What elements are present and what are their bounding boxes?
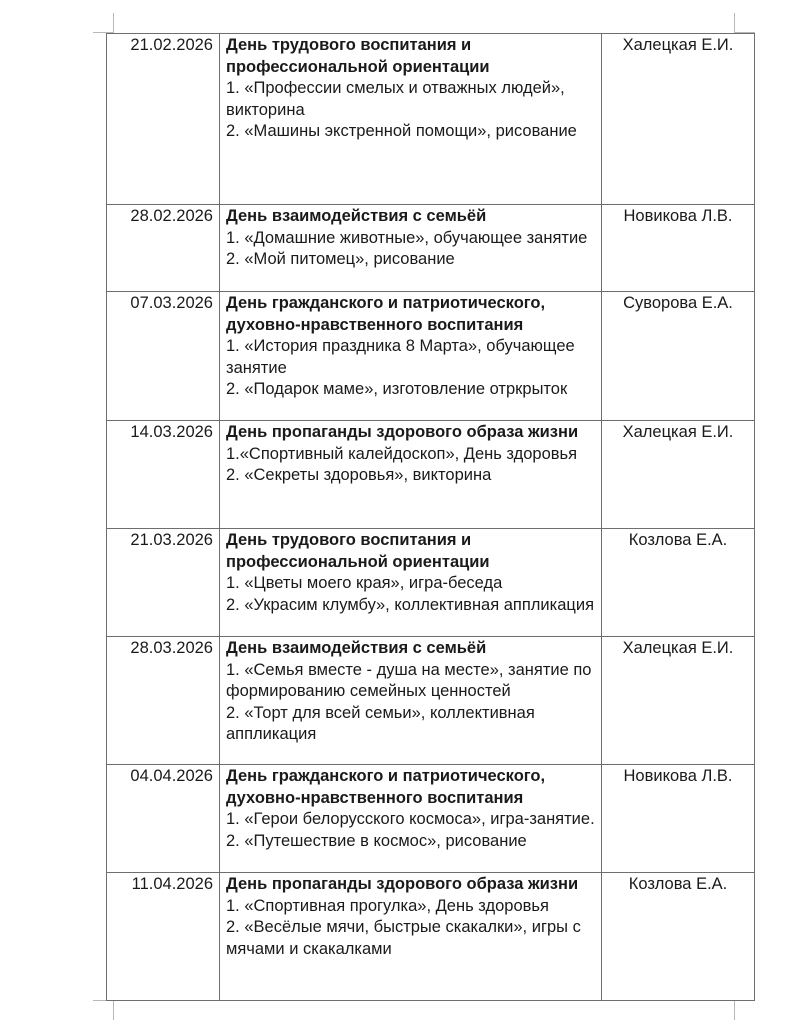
day-theme-title: День взаимодействия с семьёй	[226, 206, 601, 228]
activity-item: 2. «Мой питомец», рисование	[226, 249, 601, 271]
activity-list: 1.«Спортивный калейдоскоп», День здоровь…	[226, 444, 601, 487]
date-cell: 14.03.2026	[107, 421, 220, 529]
crop-mark-bottom-right-v	[734, 1000, 735, 1020]
content-cell: День пропаганды здорового образа жизни 1…	[220, 421, 602, 529]
activity-list: 1. «Герои белорусского космоса», игра-за…	[226, 809, 601, 852]
activity-item: 1. «Герои белорусского космоса», игра-за…	[226, 809, 601, 831]
day-theme-title: День гражданского и патриотического, дух…	[226, 766, 601, 809]
activity-item: 2. «Подарок маме», изготовление отркрыто…	[226, 379, 601, 401]
crop-mark-bottom-left-v	[113, 1000, 114, 1020]
day-theme-title: День гражданского и патриотического, дух…	[226, 293, 601, 336]
date-cell: 21.02.2026	[107, 34, 220, 205]
responsible-cell: Козлова Е.А.	[602, 529, 755, 637]
content-cell: День пропаганды здорового образа жизни 1…	[220, 873, 602, 1001]
responsible-cell: Халецкая Е.И.	[602, 421, 755, 529]
activity-item: 1. «История праздника 8 Марта», обучающе…	[226, 336, 601, 379]
table-row: 07.03.2026 День гражданского и патриотич…	[107, 292, 755, 421]
activity-list: 1. «Семья вместе - душа на месте», занят…	[226, 660, 601, 746]
responsible-cell: Суворова Е.А.	[602, 292, 755, 421]
table-row: 14.03.2026 День пропаганды здорового обр…	[107, 421, 755, 529]
date-cell: 28.02.2026	[107, 205, 220, 292]
activity-list: 1. «Спортивная прогулка», День здоровья2…	[226, 896, 601, 961]
content-cell: День взаимодействия с семьёй 1. «Домашни…	[220, 205, 602, 292]
activity-item: 2. «Машины экстренной помощи», рисование	[226, 121, 601, 143]
date-cell: 04.04.2026	[107, 765, 220, 873]
activity-list: 1. «История праздника 8 Марта», обучающе…	[226, 336, 601, 401]
content-cell: День трудового воспитания и профессионал…	[220, 529, 602, 637]
table-row: 11.04.2026 День пропаганды здорового обр…	[107, 873, 755, 1001]
activity-item: 1.«Спортивный калейдоскоп», День здоровь…	[226, 444, 601, 466]
activity-item: 2. «Торт для всей семьи», коллективная а…	[226, 703, 601, 746]
crop-mark-top-right-v	[734, 13, 735, 33]
content-cell: День гражданского и патриотического, дух…	[220, 765, 602, 873]
day-theme-title: День трудового воспитания и профессионал…	[226, 530, 601, 573]
table-row: 21.02.2026 День трудового воспитания и п…	[107, 34, 755, 205]
activity-list: 1. «Профессии смелых и отважных людей», …	[226, 78, 601, 143]
activity-item: 2. «Секреты здоровья», викторина	[226, 465, 601, 487]
activity-item: 1. «Спортивная прогулка», День здоровья	[226, 896, 601, 918]
activity-item: 1. «Профессии смелых и отважных людей», …	[226, 78, 601, 121]
table-row: 21.03.2026 День трудового воспитания и п…	[107, 529, 755, 637]
content-cell: День гражданского и патриотического, дух…	[220, 292, 602, 421]
table-row: 28.02.2026 День взаимодействия с семьёй …	[107, 205, 755, 292]
activity-item: 2. «Украсим клумбу», коллективная апплик…	[226, 595, 601, 617]
day-theme-title: День пропаганды здорового образа жизни	[226, 874, 601, 896]
responsible-cell: Козлова Е.А.	[602, 873, 755, 1001]
date-cell: 21.03.2026	[107, 529, 220, 637]
table-row: 28.03.2026 День взаимодействия с семьёй …	[107, 637, 755, 765]
responsible-cell: Новикова Л.В.	[602, 205, 755, 292]
activity-list: 1. «Цветы моего края», игра-беседа2. «Ук…	[226, 573, 601, 616]
schedule-table-body: 21.02.2026 День трудового воспитания и п…	[107, 34, 755, 1001]
activity-item: 1. «Домашние животные», обучающее заняти…	[226, 228, 601, 250]
day-theme-title: День пропаганды здорового образа жизни	[226, 422, 601, 444]
content-cell: День взаимодействия с семьёй 1. «Семья в…	[220, 637, 602, 765]
day-theme-title: День взаимодействия с семьёй	[226, 638, 601, 660]
table-row: 04.04.2026 День гражданского и патриотич…	[107, 765, 755, 873]
content-cell: День трудового воспитания и профессионал…	[220, 34, 602, 205]
responsible-cell: Халецкая Е.И.	[602, 34, 755, 205]
activity-item: 2. «Весёлые мячи, быстрые скакалки», игр…	[226, 917, 601, 960]
activity-list: 1. «Домашние животные», обучающее заняти…	[226, 228, 601, 271]
date-cell: 07.03.2026	[107, 292, 220, 421]
day-theme-title: День трудового воспитания и профессионал…	[226, 35, 601, 78]
date-cell: 11.04.2026	[107, 873, 220, 1001]
activity-item: 1. «Семья вместе - душа на месте», занят…	[226, 660, 601, 703]
activity-item: 2. «Путешествие в космос», рисование	[226, 831, 601, 853]
activity-item: 1. «Цветы моего края», игра-беседа	[226, 573, 601, 595]
date-cell: 28.03.2026	[107, 637, 220, 765]
schedule-table: 21.02.2026 День трудового воспитания и п…	[106, 33, 755, 1001]
crop-mark-top-left-v	[113, 13, 114, 33]
responsible-cell: Новикова Л.В.	[602, 765, 755, 873]
responsible-cell: Халецкая Е.И.	[602, 637, 755, 765]
